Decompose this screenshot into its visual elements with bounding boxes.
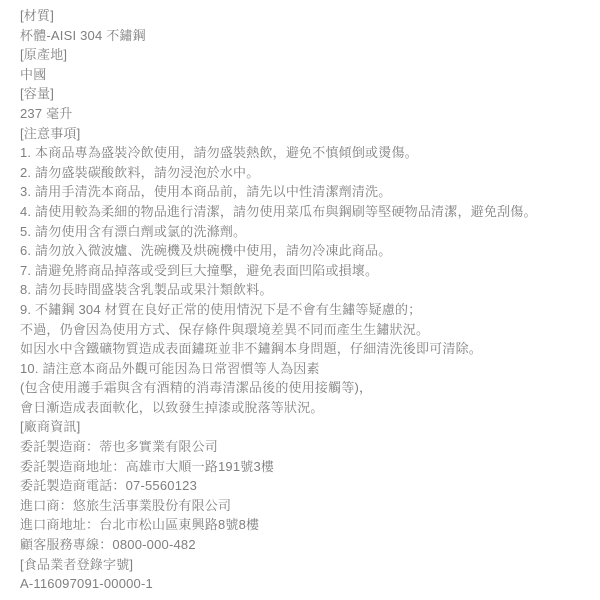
text-line: 如因水中含鐵礦物質造成表面鏽斑並非不鏽鋼本身問題，仔細清洗後即可清除。 [20,339,582,359]
notices-list: 1. 本商品專為盛裝冷飲使用，請勿盛裝熱飲，避免不慎傾倒或燙傷。2. 請勿盛裝碳… [20,143,582,417]
text-line: 10. 請注意本商品外觀可能因為日常習慣等人為因素 [20,359,582,379]
text-line: 3. 請用手清洗本商品，使用本商品前，請先以中性清潔劑清洗。 [20,182,582,202]
text-line: 4. 請使用較為柔細的物品進行清潔，請勿使用菜瓜布與鋼刷等堅硬物品清潔，避免刮傷… [20,202,582,222]
registration-section-label: [食品業者登錄字號] [20,555,582,575]
capacity-section-label: [容量] [20,84,582,104]
text-line: 進口商：悠旅生活事業股份有限公司 [20,496,582,516]
text-line: 7. 請避免將商品掉落或受到巨大撞擊，避免表面凹陷或損壞。 [20,261,582,281]
registration-value: A-116097091-00000-1 [20,574,582,594]
text-line: 2. 請勿盛裝碳酸飲料，請勿浸泡於水中。 [20,163,582,183]
capacity-value: 237 毫升 [20,104,582,124]
notices-section-label: [注意事項] [20,124,582,144]
vendor-list: 委託製造商：蒂也多實業有限公司委託製造商地址：高雄市大順一路191號3樓委託製造… [20,437,582,555]
text-line: 8. 請勿長時間盛裝含乳製品或果汁類飲料。 [20,280,582,300]
text-line: 顧客服務專線：0800-000-482 [20,535,582,555]
vendor-section-label: [廠商資訊] [20,417,582,437]
text-line: 不過，仍會因為使用方式、保存條件與環境差異不同而產生生鏽狀況。 [20,320,582,340]
text-line: 9. 不鏽鋼 304 材質在良好正常的使用情況下是不會有生鏽等疑慮的； [20,300,582,320]
material-section-label: [材質] [20,6,582,26]
text-line: (包含使用護手霜與含有酒精的消毒清潔品後的使用接觸等)， [20,378,582,398]
origin-value: 中國 [20,65,582,85]
text-line: 6. 請勿放入微波爐、洗碗機及烘碗機中使用，請勿冷凍此商品。 [20,241,582,261]
material-value: 杯體-AISI 304 不鏽鋼 [20,26,582,46]
text-line: 5. 請勿使用含有漂白劑或氯的洗滌劑。 [20,222,582,242]
origin-section-label: [原產地] [20,45,582,65]
product-info-text: [材質] 杯體-AISI 304 不鏽鋼 [原產地] 中國 [容量] 237 毫… [0,0,600,600]
text-line: 委託製造商電話：07-5560123 [20,476,582,496]
text-line: 委託製造商：蒂也多實業有限公司 [20,437,582,457]
text-line: 1. 本商品專為盛裝冷飲使用，請勿盛裝熱飲，避免不慎傾倒或燙傷。 [20,143,582,163]
text-line: 進口商地址：台北市松山區東興路8號8樓 [20,515,582,535]
text-line: 會日漸造成表面軟化，以致發生掉漆或脫落等狀況。 [20,398,582,418]
text-line: 委託製造商地址：高雄市大順一路191號3樓 [20,457,582,477]
